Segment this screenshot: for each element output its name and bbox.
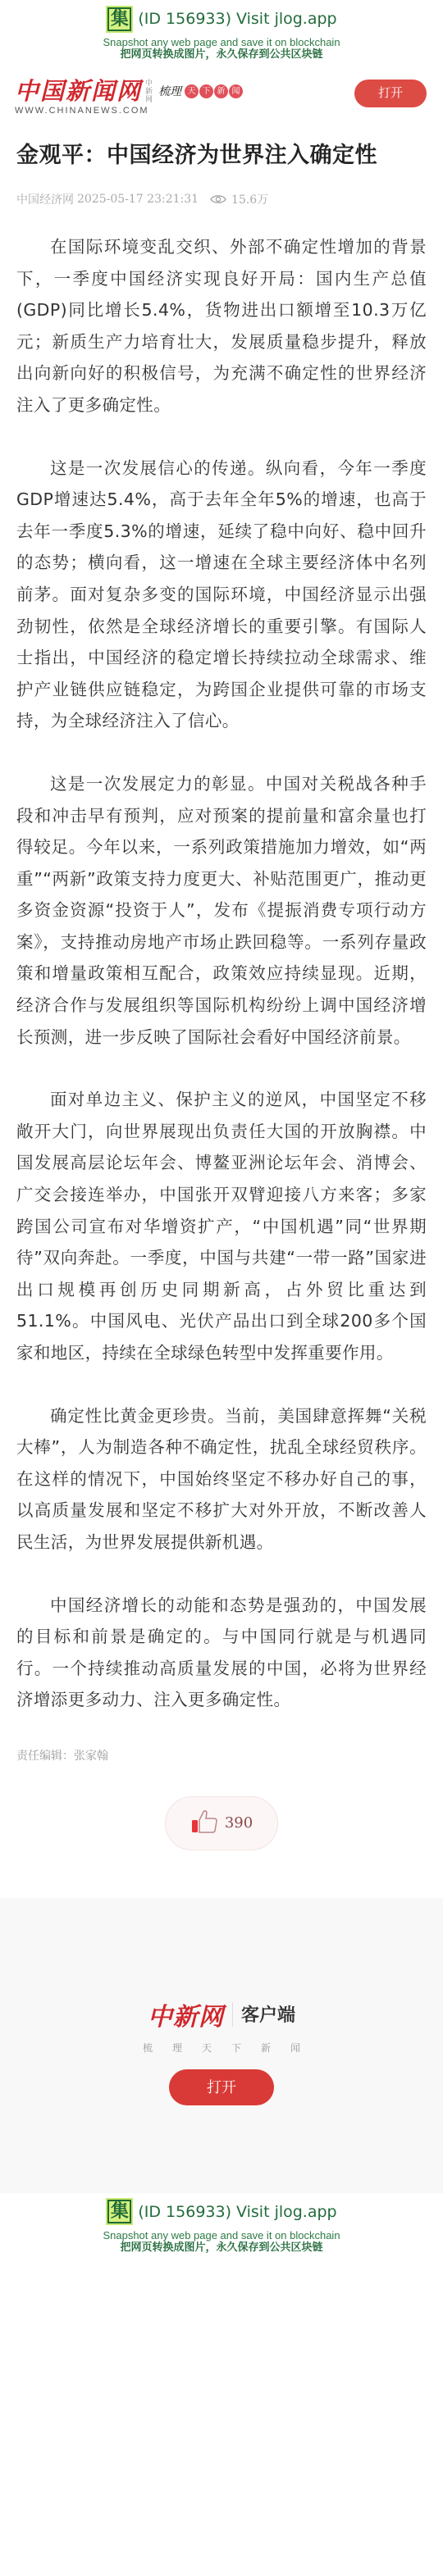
logo-url: WWW.CHINANEWS.COM	[15, 106, 149, 116]
jlog-banner-top: 集 (ID 156933) Visit jlog.app Snapshot an…	[0, 0, 443, 69]
header-slogan: 梳理 天 下 新 闻	[158, 83, 243, 99]
jlog-badge-char: 集	[107, 2200, 131, 2223]
article-title: 金观平：中国经济为世界注入确定性	[16, 139, 427, 172]
slogan-dot: 天	[185, 84, 199, 98]
logo-vertical-char: 中	[145, 80, 153, 88]
jlog-subtitle-en: Snapshot any web page and save it on blo…	[0, 36, 443, 48]
logo-text: 中国新闻网	[15, 77, 142, 105]
jlog-badge-char: 集	[107, 7, 131, 31]
open-app-button-footer[interactable]: 打开	[169, 2069, 274, 2105]
slogan-dot: 闻	[229, 84, 243, 98]
paragraph: 确定性比黄金更珍贵。当前，美国肆意挥舞“关税大棒”，人为制造各种不确定性，扰乱全…	[16, 1400, 427, 1559]
jlog-title-row: 集 (ID 156933) Visit jlog.app	[0, 5, 443, 33]
paragraph: 这是一次发展信心的传递。纵向看，今年一季度GDP增速达5.4%，高于去年全年5%…	[16, 453, 427, 737]
article: 金观平：中国经济为世界注入确定性 中国经济网 2025-05-17 23:21:…	[0, 139, 443, 1850]
slogan-script: 梳理	[158, 83, 181, 99]
jlog-title[interactable]: (ID 156933) Visit jlog.app	[138, 2203, 336, 2221]
jlog-badge-icon: 集	[106, 6, 133, 33]
paragraph: 面对单边主义、保护主义的逆风，中国坚定不移敞开大门，向世界展现出负责任大国的开放…	[16, 1084, 427, 1368]
editor-credit: 责任编辑：张家翰	[16, 1747, 427, 1764]
open-app-button-header[interactable]: 打开	[354, 80, 427, 107]
jlog-subtitle-cn: 把网页转换成图片，永久保存到公共区块链	[0, 2241, 443, 2255]
like-section: 390	[16, 1796, 427, 1850]
jlog-subtitle-cn: 把网页转换成图片，永久保存到公共区块链	[0, 48, 443, 61]
jlog-badge-icon: 集	[106, 2198, 133, 2225]
slogan-dot: 新	[214, 84, 228, 98]
logo-vertical-char: 新	[145, 88, 153, 96]
jlog-subtitle-en: Snapshot any web page and save it on blo…	[0, 2229, 443, 2241]
jlog-title[interactable]: (ID 156933) Visit jlog.app	[138, 10, 336, 28]
paragraph: 在国际环境变乱交织、外部不确定性增加的背景下，一季度中国经济实现良好开局：国内生…	[16, 231, 427, 421]
app-name: 客户端	[241, 2001, 295, 2027]
paragraph: 中国经济增长的动能和态势是强劲的，中国发展的目标和前景是确定的。与中国同行就是与…	[16, 1590, 427, 1716]
view-count: 15.6万	[231, 191, 268, 207]
slogan-dot: 下	[199, 84, 213, 98]
eye-icon	[210, 193, 226, 205]
app-slogan: 梳理天下新闻	[0, 2041, 443, 2055]
paragraph: 这是一次发展定力的彰显。中国对关税战各种手段和冲击早有预判，应对预案的提前量和富…	[16, 768, 427, 1053]
like-count: 390	[225, 1814, 253, 1832]
article-source[interactable]: 中国经济网	[16, 191, 74, 207]
logo-vertical: 中 新 网	[145, 80, 153, 104]
app-logo: 中新网	[148, 1996, 224, 2032]
app-promo: 中新网 客户端 梳理天下新闻 打开	[0, 1898, 443, 2193]
article-meta: 中国经济网 2025-05-17 23:21:31 15.6万	[16, 190, 427, 208]
article-timestamp: 2025-05-17 23:21:31	[77, 193, 199, 206]
logo-vertical-char: 网	[145, 96, 153, 104]
app-brand: 中新网 客户端	[0, 1996, 443, 2032]
jlog-title-row: 集 (ID 156933) Visit jlog.app	[0, 2198, 443, 2226]
jlog-banner-bottom: 集 (ID 156933) Visit jlog.app Snapshot an…	[0, 2193, 443, 2255]
article-body: 在国际环境变乱交织、外部不确定性增加的背景下，一季度中国经济实现良好开局：国内生…	[16, 231, 427, 1716]
thumbs-up-icon	[190, 1809, 218, 1837]
divider	[232, 2002, 233, 2027]
site-header: 中国新闻网 中 新 网 WWW.CHINANEWS.COM 梳理 天 下 新 闻…	[0, 69, 443, 128]
like-button[interactable]: 390	[165, 1796, 278, 1850]
chinanews-logo[interactable]: 中国新闻网 中 新 网	[15, 77, 153, 105]
